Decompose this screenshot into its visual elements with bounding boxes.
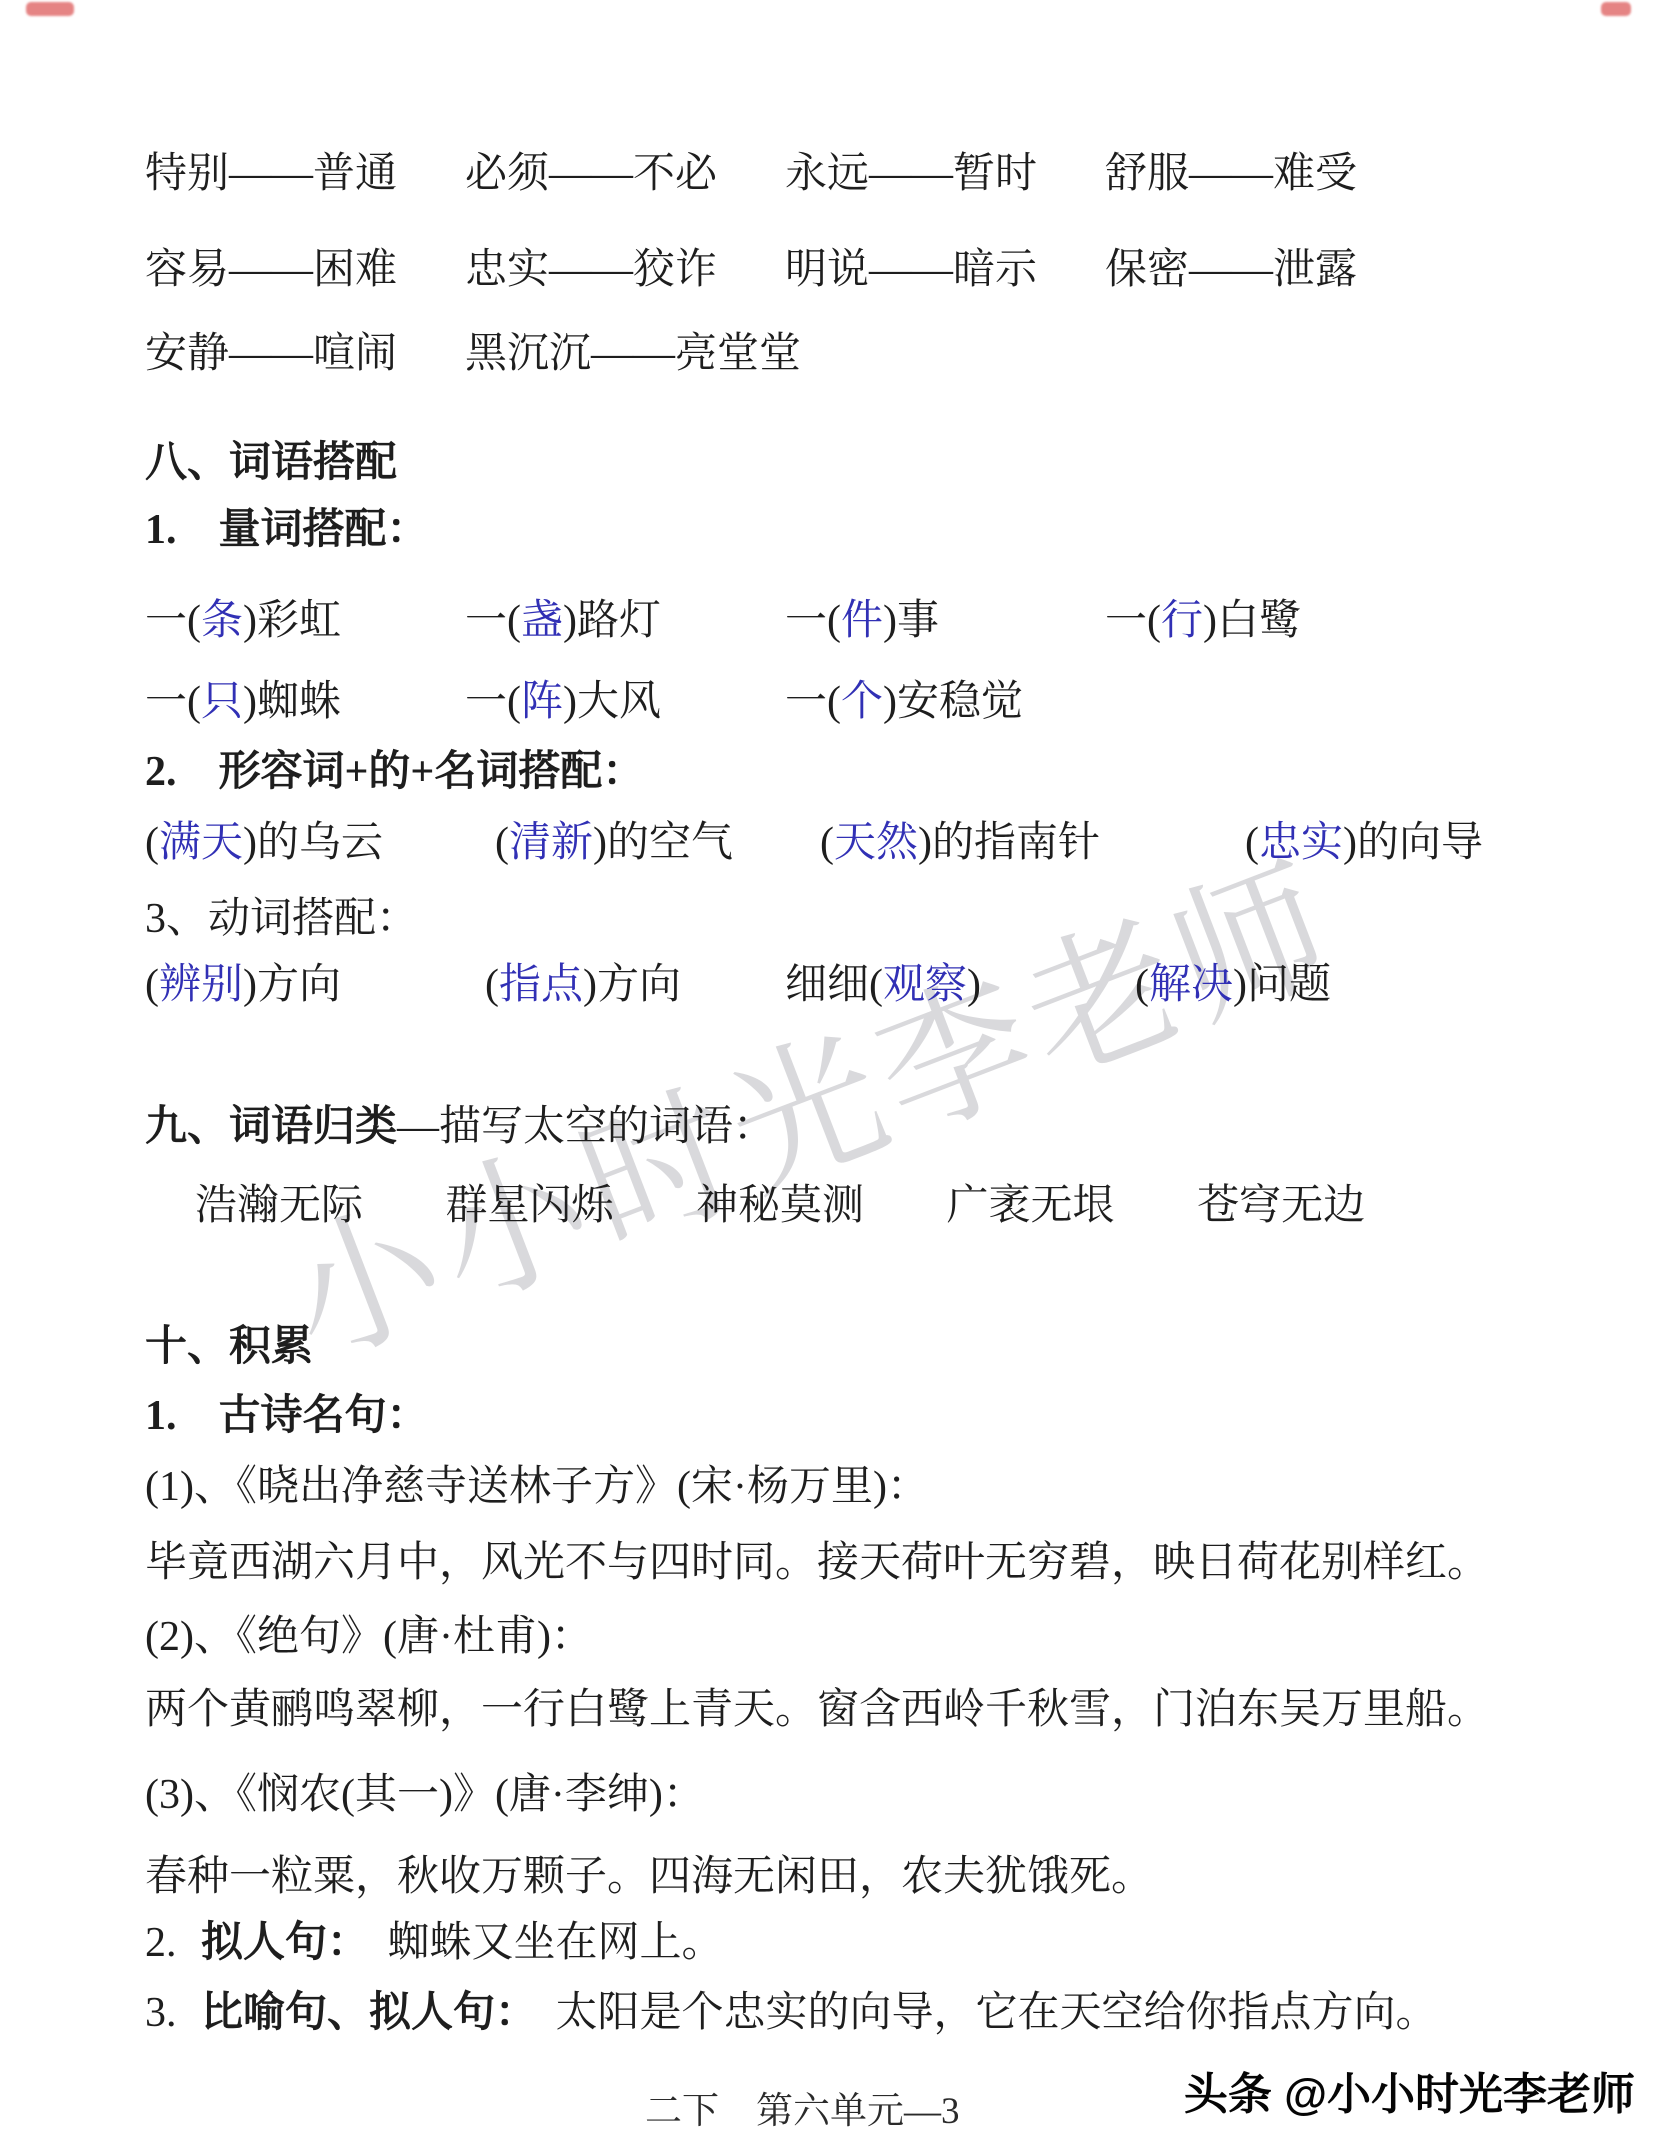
section9-heading: 九、词语归类—描写太空的词语： [145,1101,775,1154]
measure-word: 行 [1161,598,1203,644]
phrase-suffix: )蜘蛛 [243,679,341,725]
antonym-pair: 保密——泄露 [1105,244,1357,297]
space-word: 苍穹无边 [1197,1183,1365,1229]
measure-phrase: 一(行)白鹭 [1105,595,1301,648]
adjective-word: 满天 [159,820,243,866]
verb-phrase-row: (辨别)方向 (指点)方向 细细(观察) (解决)问题 [145,959,1331,1012]
section9-heading-rest: —描写太空的词语： [397,1104,775,1150]
space-word: 广袤无垠 [947,1183,1115,1229]
measure-phrase: 一(个)安稳觉 [785,676,1023,729]
adjective-word: 清新 [509,820,593,866]
antonym-pair: 必须——不必 [465,148,785,201]
measure-word-row-2: 一(只)蜘蛛 一(阵)大风 一(个)安稳觉 [145,676,1023,729]
section9-heading-bold: 九、词语归类 [145,1104,397,1150]
antonym-row-2: 容易——困难 忠实——狡诈 明说——暗示 保密——泄露 [145,244,1357,297]
measure-word: 只 [201,679,243,725]
phrase-suffix: )方向 [583,962,681,1008]
measure-phrase: 一(件)事 [785,595,1105,648]
phrase-prefix: 一( [465,598,521,644]
phrase-suffix: ) [967,962,981,1008]
phrase-suffix: )路灯 [563,598,661,644]
phrase-prefix: ( [145,820,159,866]
worksheet-page: 小小时光李老师 特别——普通 必须——不必 永远——暂时 舒服——难受 容易——… [0,0,1653,2139]
red-corner-mark-right [1601,2,1631,16]
measure-phrase: 一(只)蜘蛛 [145,676,465,729]
adjective-phrase: (清新)的空气 [495,817,820,870]
section8-sub1-heading: 1. 量词搭配： [145,504,429,557]
measure-word: 盏 [521,598,563,644]
phrase-suffix: )的乌云 [243,820,383,866]
phrase-suffix: )的指南针 [918,820,1100,866]
phrase-suffix: )大风 [563,679,661,725]
space-word: 群星闪烁 [446,1183,614,1229]
adjective-phrase: (满天)的乌云 [145,817,495,870]
antonym-pair: 舒服——难受 [1105,148,1357,201]
phrase-prefix: ( [1245,820,1259,866]
measure-word: 件 [841,598,883,644]
phrase-suffix: )问题 [1233,962,1331,1008]
space-words-row: 浩瀚无际 群星闪烁 神秘莫测 广袤无垠 苍穹无边 [195,1180,1365,1233]
section10-heading: 十、积累 [145,1321,313,1374]
poem1-title: (1)、《晓出净慈寺送林子方》(宋·杨万里)： [145,1461,929,1514]
toutiao-watermark: 头条 @小小时光李老师 [1184,2058,1635,2122]
sentence-item-metaphor: 3. 比喻句、拟人句： 太阳是个忠实的向导，它在天空给你指点方向。 [145,1987,1438,2040]
phrase-prefix: 一( [1105,598,1161,644]
antonym-row-3: 安静——喧闹 黑沉沉——亮堂堂 [145,328,801,381]
measure-word-row-1: 一(条)彩虹 一(盏)路灯 一(件)事 一(行)白鹭 [145,595,1301,648]
poem1-text: 毕竟西湖六月中，风光不与四时同。接天荷叶无穷碧，映日荷花别样红。 [145,1537,1489,1590]
list-number: 3. [145,1990,177,2036]
phrase-prefix: 一( [785,679,841,725]
antonym-row-1: 特别——普通 必须——不必 永远——暂时 舒服——难受 [145,148,1357,201]
verb-word: 观察 [883,962,967,1008]
verb-phrase: (解决)问题 [1135,959,1331,1012]
phrase-suffix: )事 [883,598,939,644]
antonym-pair: 特别——普通 [145,148,465,201]
adjective-phrase: (天然)的指南针 [820,817,1245,870]
poem2-title: (2)、《绝句》(唐·杜甫)： [145,1611,593,1664]
phrase-suffix: )安稳觉 [883,679,1023,725]
phrase-prefix: 细细( [785,962,883,1008]
phrase-prefix: ( [820,820,834,866]
antonym-pair: 黑沉沉——亮堂堂 [465,328,801,381]
phrase-suffix: )的向导 [1343,820,1483,866]
poem2-text: 两个黄鹂鸣翠柳，一行白鹭上青天。窗含西岭千秋雪，门泊东吴万里船。 [145,1684,1489,1737]
diagonal-watermark: 小小时光李老师 [251,801,1361,1399]
phrase-prefix: ( [485,962,499,1008]
adjective-phrase: (忠实)的向导 [1245,817,1483,870]
page-footer-label: 二下 第六单元—3 [645,2080,960,2134]
verb-phrase: (辨别)方向 [145,959,485,1012]
measure-phrase: 一(条)彩虹 [145,595,465,648]
section8-heading: 八、词语搭配 [145,437,397,490]
phrase-prefix: 一( [145,598,201,644]
adjective-word: 天然 [834,820,918,866]
verb-word: 辨别 [159,962,243,1008]
measure-word: 阵 [521,679,563,725]
list-number: 2. [145,1920,177,1966]
verb-word: 解决 [1149,962,1233,1008]
sentence-type-label: 比喻句、拟人句： [201,1990,537,2036]
space-word: 神秘莫测 [696,1183,864,1229]
phrase-prefix: 一( [145,679,201,725]
sentence-item-personification: 2. 拟人句： 蜘蛛又坐在网上。 [145,1917,724,1970]
verb-word: 指点 [499,962,583,1008]
sentence-text: 太阳是个忠实的向导，它在天空给你指点方向。 [556,1990,1438,2036]
poem3-text: 春种一粒粟，秋收万颗子。四海无闲田，农夫犹饿死。 [145,1851,1153,1904]
section8-sub3-heading: 3、动词搭配： [145,893,418,946]
phrase-prefix: ( [1135,962,1149,1008]
poem3-title: (3)、《悯农(其一)》(唐·李绅)： [145,1769,705,1822]
section8-sub2-heading: 2. 形容词+的+名词搭配： [145,746,644,799]
phrase-suffix: )方向 [243,962,341,1008]
phrase-suffix: )彩虹 [243,598,341,644]
sentence-type-label: 拟人句： [201,1920,369,1966]
phrase-prefix: ( [495,820,509,866]
verb-phrase: 细细(观察) [785,959,1135,1012]
adjective-word: 忠实 [1259,820,1343,866]
red-corner-mark-left [26,2,74,16]
phrase-suffix: )的空气 [593,820,733,866]
antonym-pair: 忠实——狡诈 [465,244,785,297]
phrase-prefix: 一( [785,598,841,644]
verb-phrase: (指点)方向 [485,959,785,1012]
antonym-pair: 容易——困难 [145,244,465,297]
section10-sub1-heading: 1. 古诗名句： [145,1390,429,1443]
space-word: 浩瀚无际 [195,1183,363,1229]
measure-phrase: 一(盏)路灯 [465,595,785,648]
antonym-pair: 安静——喧闹 [145,328,465,381]
phrase-prefix: ( [145,962,159,1008]
measure-word: 条 [201,598,243,644]
antonym-pair: 明说——暗示 [785,244,1105,297]
sentence-text: 蜘蛛又坐在网上。 [388,1920,724,1966]
measure-word: 个 [841,679,883,725]
phrase-prefix: 一( [465,679,521,725]
measure-phrase: 一(阵)大风 [465,676,785,729]
phrase-suffix: )白鹭 [1203,598,1301,644]
adjective-noun-row: (满天)的乌云 (清新)的空气 (天然)的指南针 (忠实)的向导 [145,817,1483,870]
antonym-pair: 永远——暂时 [785,148,1105,201]
